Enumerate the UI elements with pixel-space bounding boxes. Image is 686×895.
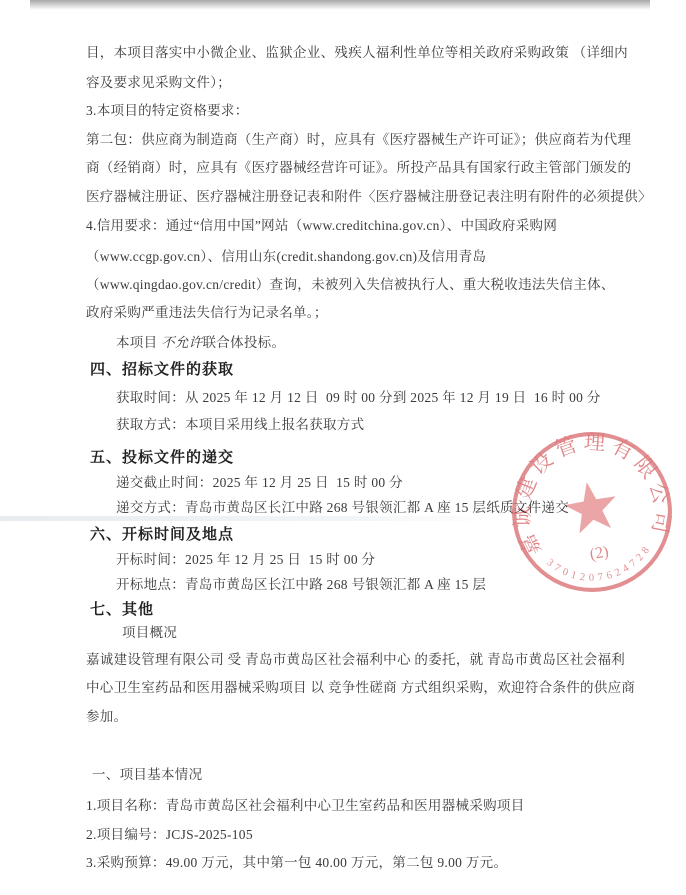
doc-line: 3.采购预算：49.00 万元，其中第一包 40.00 万元，第二包 9.00 …	[86, 852, 507, 874]
seal-copy-label: (2)	[589, 543, 611, 563]
doc-line: 第二包：供应商为制造商（生产商）时，应具有《医疗器械生产许可证》；供应商若为代理	[86, 129, 631, 151]
joint-venture-suffix: 联合体投标。	[202, 335, 285, 350]
doc-line: 开标地点：青岛市黄岛区长江中路 268 号银领汇都 A 座 15 层	[116, 574, 486, 596]
doc-line: 开标时间：2025 年 12 月 25 日 15 时 00 分	[116, 549, 375, 571]
doc-line: 4.信用要求：通过“信用中国”网站（www.creditchina.gov.cn…	[86, 215, 557, 237]
svg-text:3701207624728: 3701207624728	[543, 539, 659, 592]
section-heading-6: 六、开标时间及地点	[90, 523, 234, 547]
joint-venture-prefix: 本项目	[116, 335, 161, 350]
scan-edge-shadow	[30, 0, 650, 11]
doc-line: 3.本项目的特定资格要求：	[86, 100, 249, 122]
section-heading-5: 五、投标文件的递交	[90, 446, 234, 470]
doc-line: 一、项目基本情况	[92, 764, 202, 786]
doc-line: 中心卫生室药品和医用器械采购项目 以 竞争性磋商 方式组织采购，欢迎符合条件的供…	[86, 677, 635, 699]
section-heading-7: 七、其他	[90, 598, 154, 622]
doc-line-joint-venture: 本项目 不允许联合体投标。	[116, 332, 285, 354]
doc-line: 获取时间：从 2025 年 12 月 12 日 09 时 00 分到 2025 …	[116, 387, 601, 409]
doc-line: 2.项目编号：JCJS-2025-105	[86, 824, 253, 846]
scanned-document-page: { "doc": { "lines": [ "目，本项目落实中小微企业、监狱企业…	[0, 0, 686, 895]
seal-serial: 3701207624728	[543, 539, 659, 592]
doc-line: 项目概况	[122, 622, 177, 644]
doc-line: 医疗器械注册证、医疗器械注册登记表和附件〈医疗器械注册登记表注明有附件的必须提供…	[86, 186, 652, 208]
doc-line: 1.项目名称：青岛市黄岛区社会福利中心卫生室药品和医用器械采购项目	[86, 795, 525, 817]
doc-line: 参加。	[86, 706, 127, 728]
joint-venture-emphasis: 不允许	[161, 335, 202, 350]
section-heading-4: 四、招标文件的获取	[90, 358, 234, 382]
doc-line: （www.ccgp.gov.cn）、信用山东(credit.shandong.g…	[86, 246, 486, 268]
seal-star-icon	[561, 478, 621, 536]
doc-line: 递交方式：青岛市黄岛区长江中路 268 号银领汇都 A 座 15 层纸质文件递交	[116, 497, 569, 519]
doc-line: 政府采购严重违法失信行为记录名单。；	[86, 302, 328, 324]
doc-line: （www.qingdao.gov.cn/credit）查询，未被列入失信被执行人…	[86, 274, 615, 296]
doc-line: 嘉诚建设管理有限公司 受 青岛市黄岛区社会福利中心 的委托，就 青岛市黄岛区社会…	[86, 649, 625, 671]
doc-line: 目，本项目落实中小微企业、监狱企业、残疾人福利性单位等相关政府采购政策 （详细内	[86, 42, 628, 64]
doc-line: 获取方式：本项目采用线上报名获取方式	[116, 414, 364, 436]
doc-line: 递交截止时间：2025 年 12 月 25 日 15 时 00 分	[116, 472, 403, 494]
doc-line: 容及要求见采购文件）；	[86, 72, 231, 94]
doc-line: 商（经销商）时，应具有《医疗器械经营许可证》。所投产品具有国家行政主管部门颁发的	[86, 157, 631, 179]
